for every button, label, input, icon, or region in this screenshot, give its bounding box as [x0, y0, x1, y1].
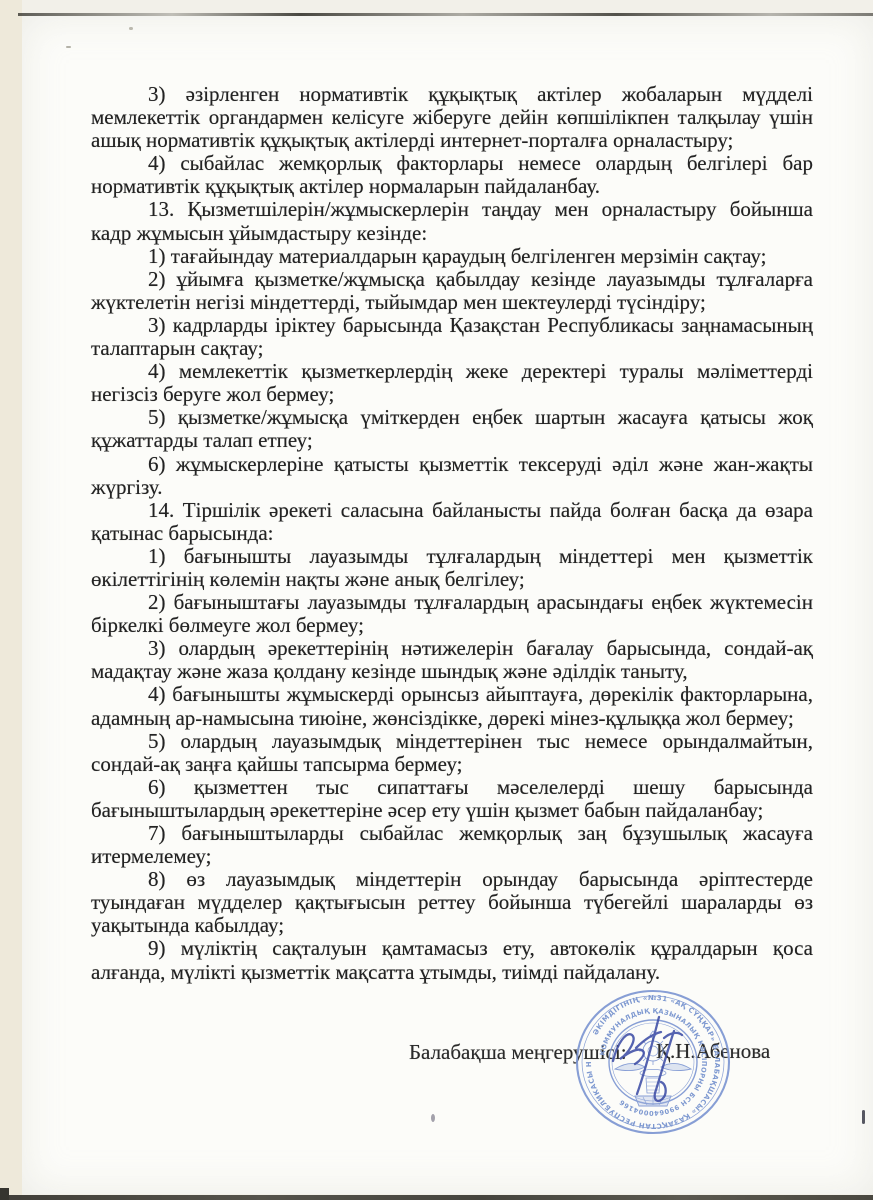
paragraph: 13. Қызметшілерін/жұмыскерлерін таңдау м…: [91, 198, 813, 244]
paragraph: 1) бағынышты лауазымды тұлғалардың мінде…: [91, 545, 813, 591]
scan-speck: [862, 1110, 865, 1124]
scan-speck: [129, 27, 133, 30]
paragraph: 8) өз лауазымдық міндеттерін орындау бар…: [91, 868, 813, 937]
paragraph: 3) олардың әрекеттерінің нәтижелерін бағ…: [91, 637, 813, 683]
paragraph: 4) бағынышты жұмыскерді орынсыз айыптауғ…: [91, 683, 813, 729]
paragraph: 5) олардың лауазымдық міндеттерінен тыс …: [91, 730, 813, 776]
paper: 3) әзірленген нормативтік құқықтық актіл…: [22, 16, 873, 1194]
paragraph: 9) мүліктің сақталуын қамтамасыз ету, ав…: [91, 937, 813, 983]
paragraph: 6) қызметтен тыс сипаттағы мәселелерді ш…: [91, 776, 813, 822]
paragraph: 1) тағайындау материалдарын қараудың бел…: [91, 245, 813, 268]
scan-edge-line-bottom: [0, 1195, 873, 1200]
document-text: 3) әзірленген нормативтік құқықтық актіл…: [91, 83, 813, 984]
paragraph: 7) бағыныштыларды сыбайлас жемқорлық заң…: [91, 822, 813, 868]
scanner-margin-left: [0, 0, 22, 1200]
paragraph: 2) ұйымға қызметке/жұмысқа қабылдау кезі…: [91, 268, 813, 314]
scanned-page: 3) әзірленген нормативтік құқықтық актіл…: [0, 0, 873, 1200]
paragraph: 6) жұмыскерлеріне қатысты қызметтік текс…: [91, 453, 813, 499]
paragraph: 5) қызметке/жұмысқа үміткерден еңбек шар…: [91, 406, 813, 452]
scan-speck: [431, 1114, 435, 1122]
paragraph: 2) бағыныштағы лауазымды тұлғалардың ара…: [91, 591, 813, 637]
handwritten-signature: [606, 1014, 698, 1110]
scan-speck: [66, 46, 71, 48]
scan-edge-corner: [0, 1188, 9, 1200]
paragraph: 4) мемлекеттік қызметкерлердің жеке дере…: [91, 360, 813, 406]
paragraph: 3) кадрларды іріктеу барысында Қазақстан…: [91, 314, 813, 360]
paragraph: 14. Тіршілік әрекеті саласына байланысты…: [91, 499, 813, 545]
paragraph: 3) әзірленген нормативтік құқықтық актіл…: [91, 83, 813, 152]
paragraph: 4) сыбайлас жемқорлық факторлары немесе …: [91, 152, 813, 198]
